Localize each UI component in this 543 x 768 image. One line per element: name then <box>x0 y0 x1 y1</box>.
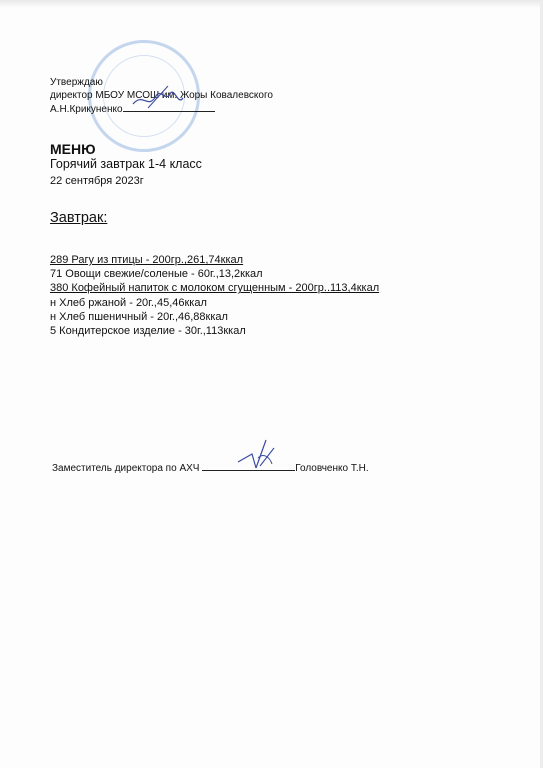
page-title: МЕНЮ <box>50 141 96 157</box>
meal-heading: Завтрак: <box>50 210 107 226</box>
page-subtitle: Горячий завтрак 1-4 класс <box>50 157 202 171</box>
menu-item: 5 Кондитерское изделие - 30г.,113ккал <box>50 324 379 338</box>
deputy-signature-block: Заместитель директора по АХЧ Головченко … <box>52 461 369 474</box>
scan-shadow <box>0 0 543 8</box>
menu-item: 71 Овощи свежие/соленые - 60г.,13,2ккал <box>50 267 379 281</box>
menu-item: н Хлеб пшеничный - 20г.,46,88ккал <box>50 310 379 324</box>
approval-signer-name: А.Н.Крикуненко <box>50 104 123 115</box>
director-signature-icon <box>128 84 188 114</box>
menu-item: 380 Кофейный напиток с молоком сгущенным… <box>50 281 379 295</box>
signature-line <box>202 461 295 471</box>
deputy-position: Заместитель директора по АХЧ <box>52 463 199 474</box>
menu-item: н Хлеб ржаной - 20г.,45,46ккал <box>50 296 379 310</box>
menu-date: 22 сентября 2023г <box>50 175 144 187</box>
menu-item: 289 Рагу из птицы - 200гр.,261,74ккал <box>50 253 379 267</box>
deputy-name: Головченко Т.Н. <box>295 463 368 474</box>
menu-list: 289 Рагу из птицы - 200гр.,261,74ккал 71… <box>50 253 379 338</box>
document-page: Утверждаю директор МБОУ МСОШ им. Жоры Ко… <box>0 0 543 768</box>
